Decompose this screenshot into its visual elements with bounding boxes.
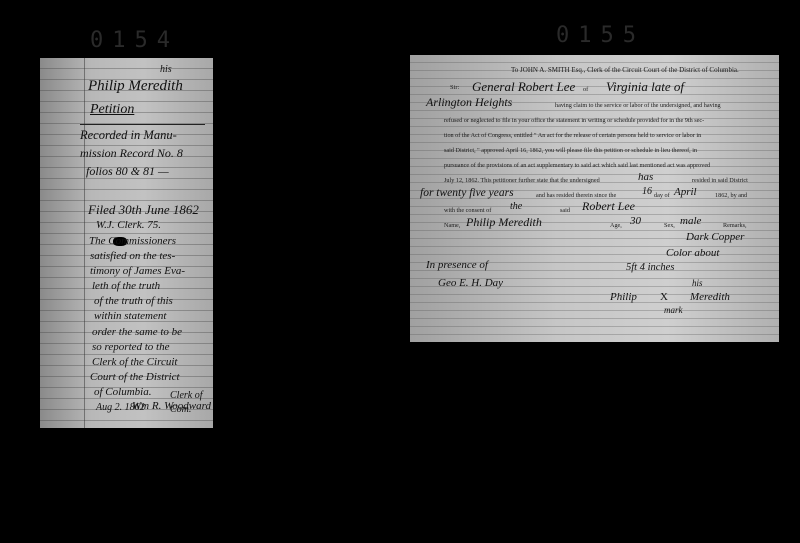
residence-duration: for twenty five years [420, 187, 514, 199]
remarks-line: 5ft 4 inches [626, 262, 674, 273]
resided-text: resided in said District [692, 177, 748, 184]
remarks-line: Dark Copper [686, 231, 744, 243]
sex-label: Sex, [664, 222, 675, 229]
remarks-line: Color about [666, 247, 719, 259]
name-value: Philip Meredith [466, 215, 542, 230]
docket-date: Aug 2. 1862 [96, 402, 145, 413]
signer-last-name: Meredith [690, 291, 730, 303]
docket-mark: his [160, 64, 172, 75]
docket-petitioner-name: Philip Meredith [88, 78, 183, 95]
note-line: leth of the truth [92, 280, 160, 292]
docket-filed: Filed 30th June 1862 [88, 202, 199, 218]
consent-value: the [510, 201, 522, 212]
year-text: 1862, by and [715, 192, 747, 199]
body-line-5: pursuance of the provisions of an act su… [444, 162, 710, 169]
note-line: of the truth of this [94, 295, 173, 307]
body-line-1: having claim to the service or labor of … [555, 102, 721, 109]
age-label: Age, [610, 222, 622, 229]
body-line-4: said District, " approved April 16, 1862… [444, 147, 697, 154]
resided-since-text: and has resided therein since the [536, 192, 616, 199]
said-text: said [560, 207, 570, 214]
claimant-name: General Robert Lee [472, 79, 575, 95]
docket-recorded-line-2: mission Record No. 8 [80, 146, 183, 161]
docket-recorded-line-3: folios 80 & 81 — [86, 164, 169, 179]
docket-title: Petition [90, 102, 134, 118]
body-line-6: July 12, 1862. This petitioner further s… [444, 177, 600, 184]
docket-recorded-line-1: Recorded in Manu- [80, 128, 177, 143]
frame-number-left: 0154 [90, 28, 179, 53]
note-line: order the same to be [92, 326, 182, 338]
docket-page: his Philip Meredith Petition Recorded in… [40, 58, 213, 428]
clerk-title-2: Com. [170, 404, 191, 415]
docket-filed-by: W.J. Clerk. 75. [96, 219, 161, 231]
day-of-text: day of [654, 192, 670, 199]
of-label: of [583, 86, 588, 93]
remarks-label: Remarks, [723, 222, 747, 229]
note-line: Clerk of the Circuit [92, 356, 177, 368]
claimant-residence: Arlington Heights [426, 95, 512, 110]
note-line: so reported to the [92, 341, 170, 353]
salutation: Sir: [450, 84, 459, 91]
witness-name: Geo E. H. Day [438, 277, 503, 289]
signer-first-name: Philip [610, 291, 637, 303]
clerk-title-1: Clerk of [170, 390, 203, 401]
witness-label: In presence of [426, 259, 488, 271]
age-value: 30 [630, 215, 641, 227]
sex-value: male [680, 215, 701, 227]
claimant-state: Virginia late of [606, 79, 684, 95]
docket-divider [80, 124, 205, 125]
note-line: Court of the District [90, 371, 180, 383]
body-line-2: refused or neglected to file in your off… [444, 117, 704, 124]
consent-text: with the consent of [444, 207, 491, 214]
body-line-3: tion of the Act of Congress, entitled " … [444, 132, 701, 139]
note-line: The Commissioners [89, 235, 176, 247]
signer-his: his [692, 278, 703, 288]
form-header: To JOHN A. SMITH Esq., Clerk of the Circ… [511, 66, 739, 74]
month-value: April [674, 186, 697, 198]
note-line: of Columbia. [94, 386, 151, 398]
petition-form-page: To JOHN A. SMITH Esq., Clerk of the Circ… [410, 55, 779, 342]
name-label: Name, [444, 222, 460, 229]
said-value: Robert Lee [582, 199, 635, 214]
signer-mark-label: mark [664, 305, 683, 315]
day-value: 16 [642, 186, 652, 197]
note-line: satisfied on the tes- [90, 250, 175, 262]
note-line: within statement [94, 310, 166, 322]
signer-x-mark: X [660, 291, 668, 303]
note-line: timony of James Eva- [90, 265, 185, 277]
has-value: has [638, 171, 653, 183]
frame-number-right: 0155 [556, 23, 645, 48]
